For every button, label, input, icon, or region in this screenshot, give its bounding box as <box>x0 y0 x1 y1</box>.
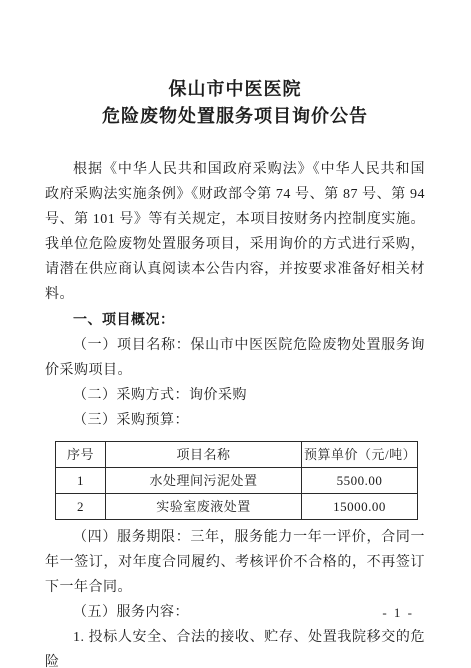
row1-no: 1 <box>56 468 106 494</box>
row1-price: 5500.00 <box>301 468 417 494</box>
document-title-line-1: 保山市中医医院 <box>45 76 425 103</box>
item-service-content: （五）服务内容： <box>45 600 425 625</box>
item-procurement-budget: （三）采购预算： <box>45 408 425 433</box>
row2-name: 实验室废液处置 <box>105 494 301 520</box>
item-project-name: （一）项目名称：保山市中医医院危险废物处置服务询价采购项目。 <box>45 333 425 383</box>
budget-table-header-row: 序号 项目名称 预算单价（元/吨） <box>56 442 418 468</box>
document-page: 保山市中医医院 危险废物处置服务项目询价公告 根据《中华人民共和国政府采购法》《… <box>0 0 471 668</box>
row2-no: 2 <box>56 494 106 520</box>
item-service-term: （四）服务期限：三年，服务能力一年一评价，合同一年一签订，对年度合同履约、考核评… <box>45 525 425 600</box>
table-row: 2 实验室废液处置 15000.00 <box>56 494 418 520</box>
page-number: - 1 - <box>382 605 414 621</box>
section-heading-project-overview: 一、项目概况： <box>45 308 425 333</box>
budget-table-header-name: 项目名称 <box>105 442 301 468</box>
service-content-line-1: 1. 投标人安全、合法的接收、贮存、处置我院移交的危险 <box>45 625 425 668</box>
budget-table-header-price: 预算单价（元/吨） <box>301 442 417 468</box>
intro-paragraph: 根据《中华人民共和国政府采购法》《中华人民共和国政府采购法实施条例》《财政部令第… <box>45 157 425 307</box>
document-title-line-2: 危险废物处置服务项目询价公告 <box>45 103 425 130</box>
budget-table-header-no: 序号 <box>56 442 106 468</box>
row2-price: 15000.00 <box>301 494 417 520</box>
table-row: 1 水处理间污泥处置 5500.00 <box>56 468 418 494</box>
budget-table: 序号 项目名称 预算单价（元/吨） 1 水处理间污泥处置 5500.00 2 实… <box>55 441 418 520</box>
row1-name: 水处理间污泥处置 <box>105 468 301 494</box>
item-procurement-method: （二）采购方式：询价采购 <box>45 383 425 408</box>
